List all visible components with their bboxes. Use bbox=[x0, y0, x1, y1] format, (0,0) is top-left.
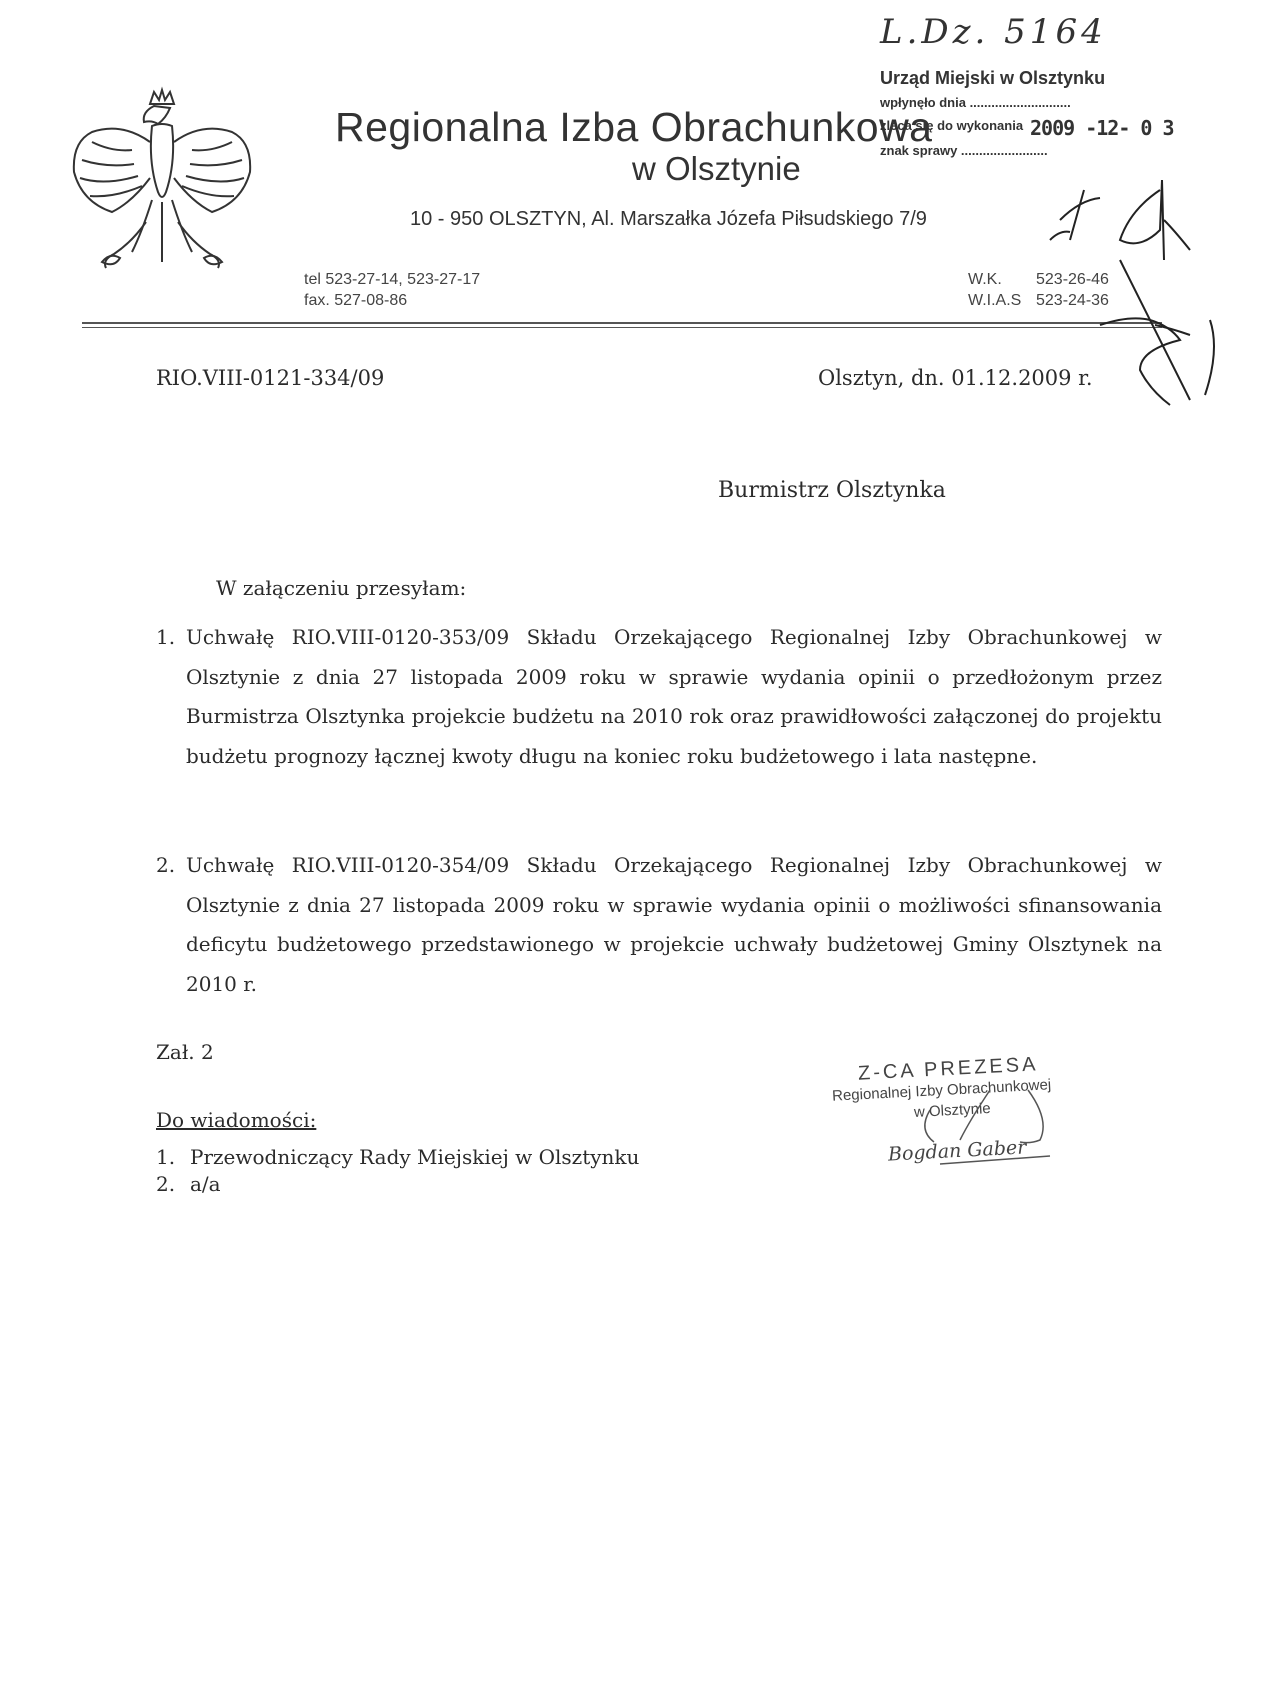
stamp-assigned-line: zleca się do wykonania bbox=[880, 118, 1023, 133]
cc-entry-number: 1. bbox=[156, 1145, 190, 1169]
reference-number: RIO.VIII-0121-334/09 bbox=[156, 366, 384, 390]
contact-label-wk: W.K. bbox=[968, 271, 1002, 289]
enclosure-item-number: 1. bbox=[156, 618, 175, 658]
organization-subtitle: w Olsztynie bbox=[632, 150, 801, 188]
enclosure-item-text: Uchwałę RIO.VIII-0120-353/09 Składu Orze… bbox=[186, 618, 1162, 776]
cc-heading: Do wiadomości: bbox=[156, 1108, 316, 1132]
contact-label-wias: W.I.A.S bbox=[968, 292, 1021, 310]
letter-place-date: Olsztyn, dn. 01.12.2009 r. bbox=[818, 366, 1093, 390]
stamp-case-line: znak sprawy ........................ bbox=[880, 143, 1048, 158]
enclosure-item: 2. Uchwałę RIO.VIII-0120-354/09 Składu O… bbox=[156, 846, 1162, 1004]
recipient: Burmistrz Olsztynka bbox=[718, 478, 946, 503]
attachments-count: Zał. 2 bbox=[156, 1040, 214, 1064]
header-divider-top bbox=[82, 322, 1162, 324]
stamp-received-line: wpłynęło dnia ..........................… bbox=[880, 95, 1071, 110]
cc-entry-text: a/a bbox=[190, 1172, 221, 1196]
handwritten-signature-icon bbox=[900, 1080, 1060, 1170]
intro-line: W załączeniu przesyłam: bbox=[216, 576, 466, 600]
polish-eagle-emblem-icon bbox=[62, 82, 262, 282]
enclosure-item-number: 2. bbox=[156, 846, 175, 886]
organization-title: Regionalna Izba Obrachunkowa bbox=[335, 104, 933, 151]
telephone-numbers: tel 523-27-14, 523-27-17 bbox=[304, 271, 480, 289]
cc-entry: 2.a/a bbox=[156, 1172, 221, 1196]
stamp-date: 2009 -12- 0 3 bbox=[1030, 116, 1174, 140]
enclosure-item-text: Uchwałę RIO.VIII-0120-354/09 Składu Orze… bbox=[186, 846, 1162, 1004]
cc-entry-text: Przewodniczący Rady Miejskiej w Olsztynk… bbox=[190, 1145, 639, 1169]
cc-entry: 1.Przewodniczący Rady Miejskiej w Olszty… bbox=[156, 1145, 639, 1169]
fax-number: fax. 527-08-86 bbox=[304, 292, 407, 310]
stamp-office-name: Urząd Miejski w Olsztynku bbox=[880, 68, 1105, 89]
handwritten-registry-number: L.Dz. 5164 bbox=[880, 12, 1107, 52]
enclosure-item: 1. Uchwałę RIO.VIII-0120-353/09 Składu O… bbox=[156, 618, 1162, 776]
organization-address: 10 - 950 OLSZTYN, Al. Marszałka Józefa P… bbox=[410, 208, 927, 231]
header-divider-bottom bbox=[82, 327, 1162, 328]
cc-entry-number: 2. bbox=[156, 1172, 190, 1196]
